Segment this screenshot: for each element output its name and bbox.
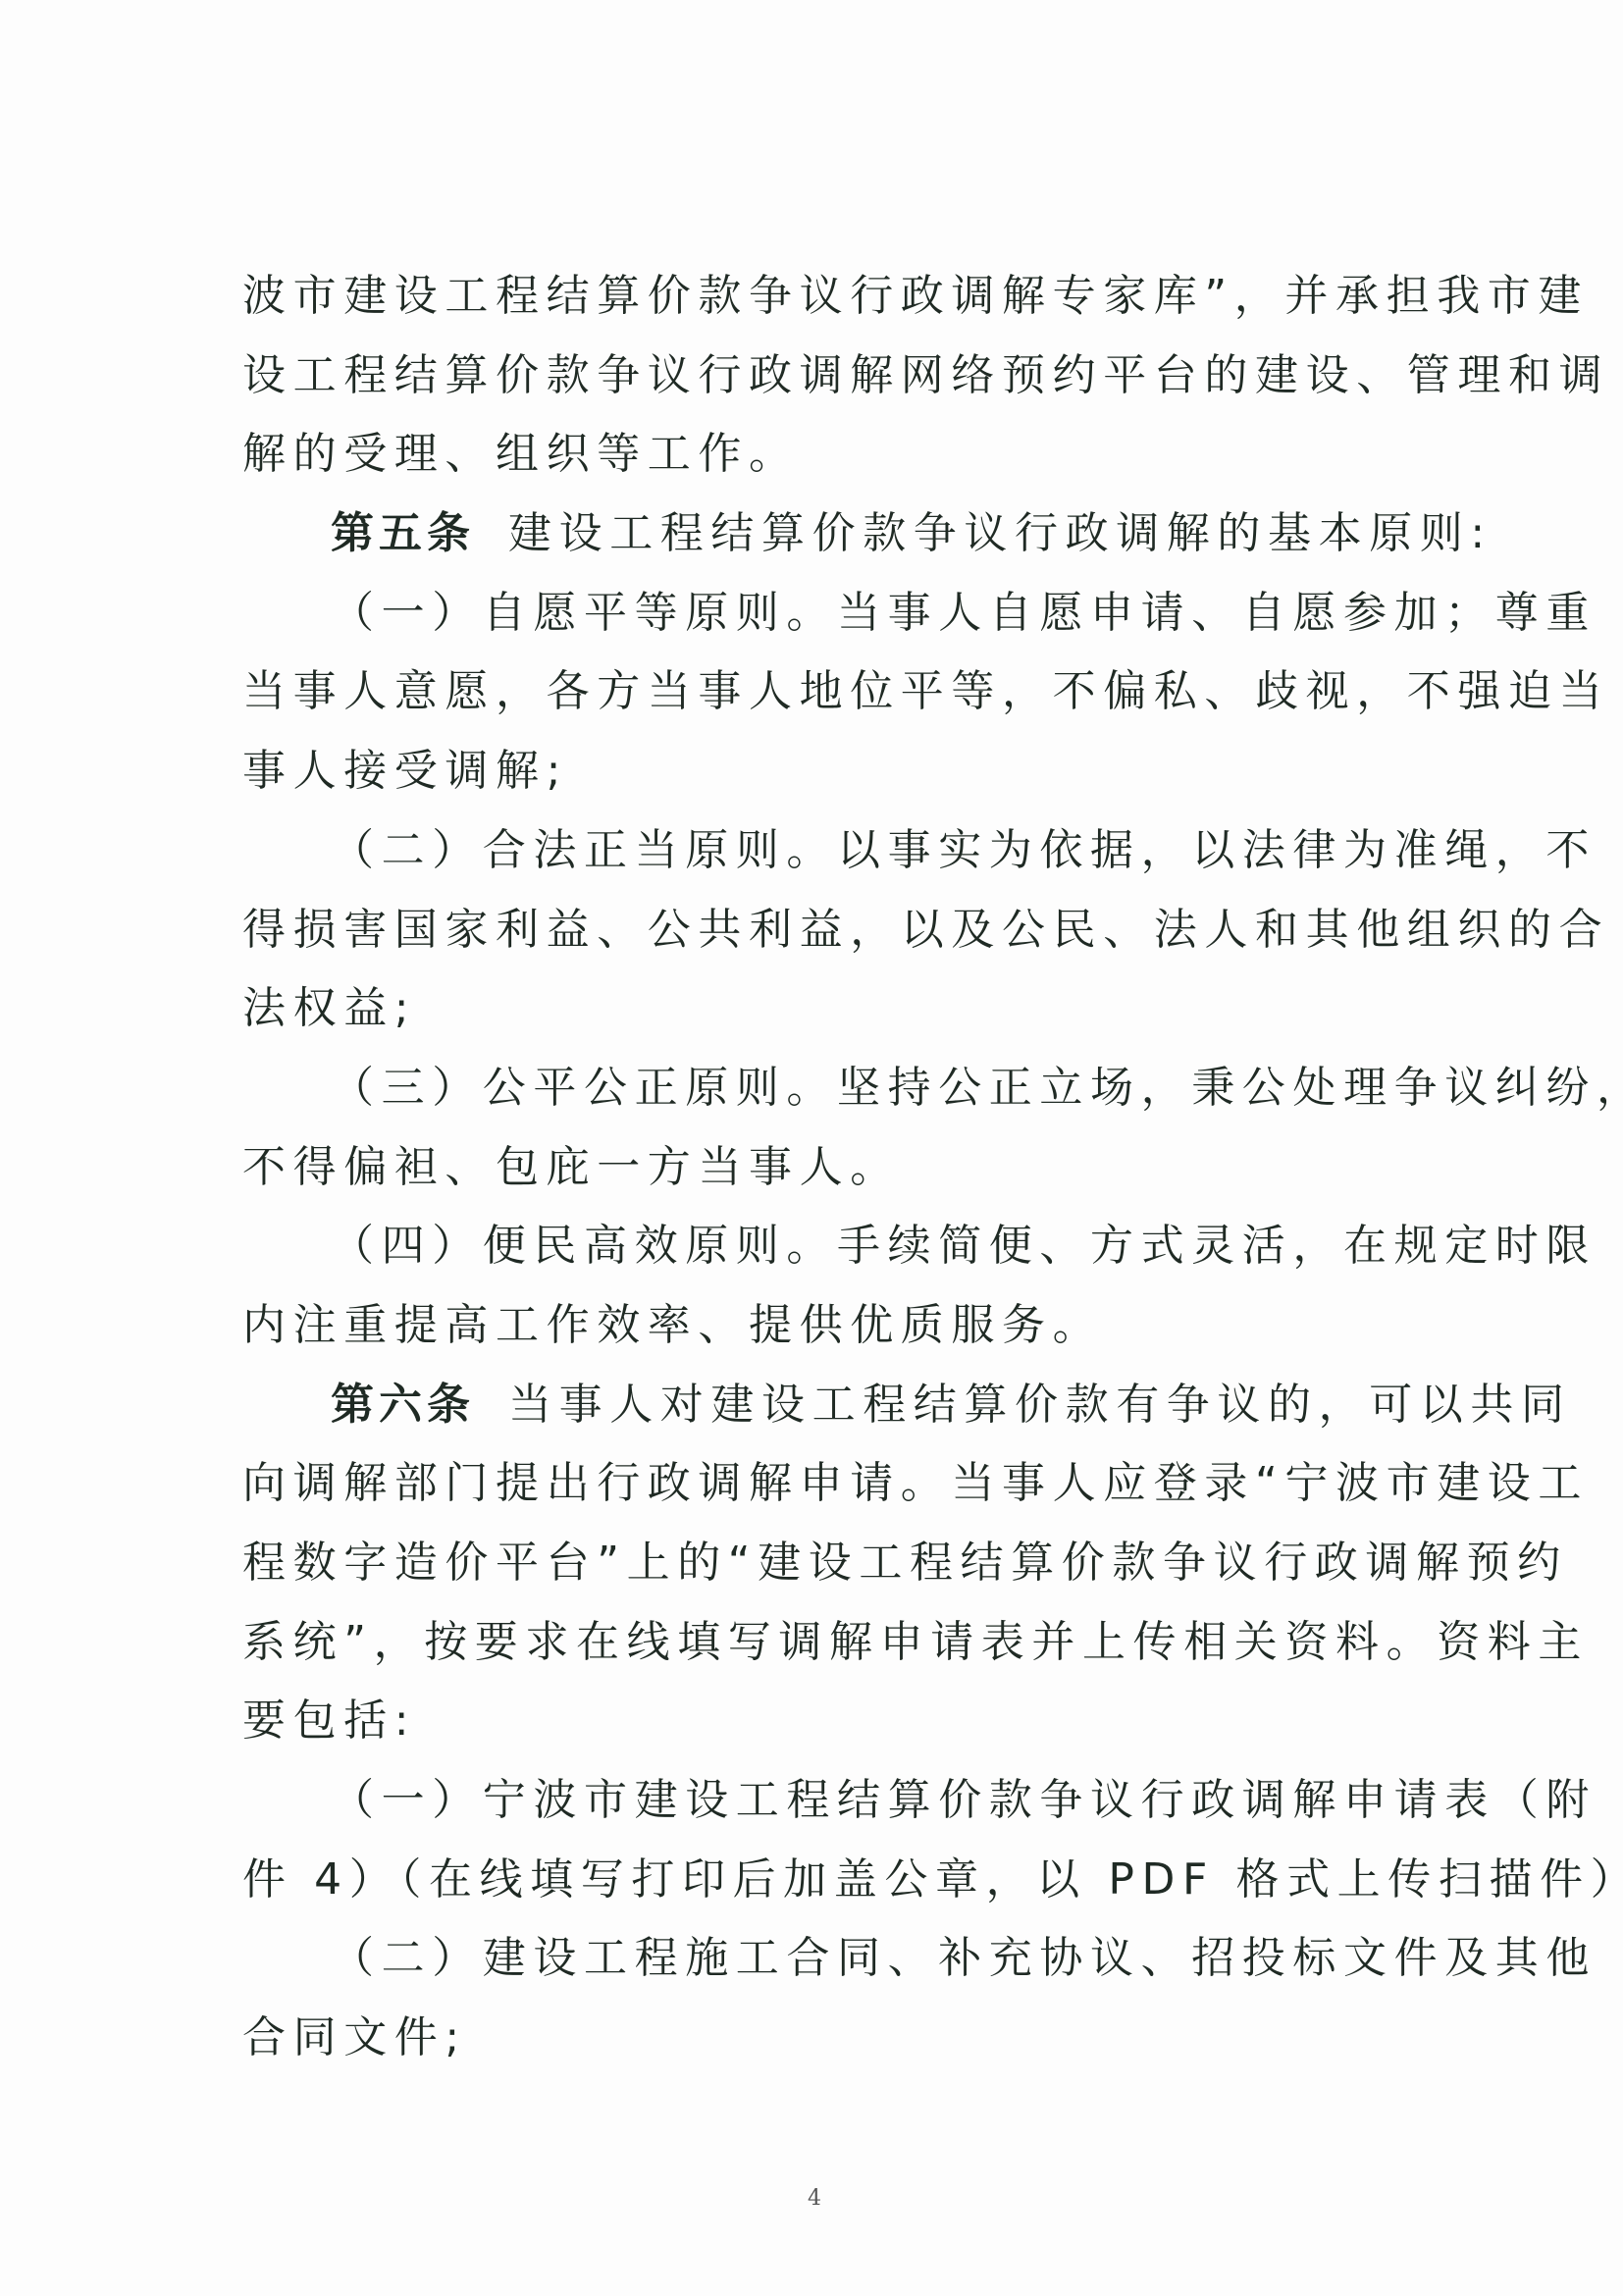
- article-5-heading-line: 第五条建设工程结算价款争议行政调解的基本原则:: [242, 495, 1412, 574]
- text-line: 合同文件;: [242, 1999, 1412, 2078]
- text-line: （一）宁波市建设工程结算价款争议行政调解申请表（附: [242, 1761, 1412, 1841]
- text-line: （二）合法正当原则。以事实为依据，以法律为准绳，不: [242, 811, 1412, 891]
- text-line: 内注重提高工作效率、提供优质服务。: [242, 1286, 1412, 1366]
- text-line: 要包括:: [242, 1682, 1412, 1761]
- article-label: 第六条: [331, 1380, 475, 1430]
- document-page: 波市建设工程结算价款争议行政调解专家库”，并承担我市建 设工程结算价款争议行政调…: [0, 0, 1623, 2296]
- page-number: 4: [805, 2186, 824, 2211]
- article-text: 建设工程结算价款争议行政调解的基本原则:: [508, 508, 1492, 558]
- text-line: 当事人意愿，各方当事人地位平等，不偏私、歧视，不强迫当: [242, 652, 1412, 732]
- text-line: 得损害国家利益、公共利益，以及公民、法人和其他组织的合: [242, 891, 1412, 970]
- text-line: （三）公平公正原则。坚持公正立场，秉公处理争议纠纷，: [242, 1049, 1412, 1128]
- text-line: 设工程结算价款争议行政调解网络预约平台的建设、管理和调: [242, 337, 1412, 416]
- article-6-heading-line: 第六条当事人对建设工程结算价款有争议的，可以共同: [242, 1366, 1412, 1445]
- body-text: 波市建设工程结算价款争议行政调解专家库”，并承担我市建 设工程结算价款争议行政调…: [242, 257, 1412, 2078]
- text-line: 事人接受调解;: [242, 732, 1412, 811]
- text-line: 法权益;: [242, 969, 1412, 1049]
- text-line: 系统”，按要求在线填写调解申请表并上传相关资料。资料主: [242, 1603, 1412, 1683]
- text-line: 件 4）（在线填写打印后加盖公章，以 PDF 格式上传扫描件）;: [242, 1841, 1412, 1920]
- text-line: （一）自愿平等原则。当事人自愿申请、自愿参加；尊重: [242, 574, 1412, 653]
- text-line: 不得偏袒、包庇一方当事人。: [242, 1128, 1412, 1208]
- article-text: 当事人对建设工程结算价款有争议的，可以共同: [508, 1380, 1572, 1430]
- text-line: 程数字造价平台”上的“建设工程结算价款争议行政调解预约: [242, 1524, 1412, 1603]
- text-line: （二）建设工程施工合同、补充协议、招投标文件及其他: [242, 1919, 1412, 1999]
- text-line: 波市建设工程结算价款争议行政调解专家库”，并承担我市建: [242, 257, 1412, 337]
- text-line: （四）便民高效原则。手续简便、方式灵活，在规定时限: [242, 1207, 1412, 1286]
- text-line: 解的受理、组织等工作。: [242, 415, 1412, 495]
- text-line: 向调解部门提出行政调解申请。当事人应登录“宁波市建设工: [242, 1444, 1412, 1524]
- article-label: 第五条: [331, 508, 475, 558]
